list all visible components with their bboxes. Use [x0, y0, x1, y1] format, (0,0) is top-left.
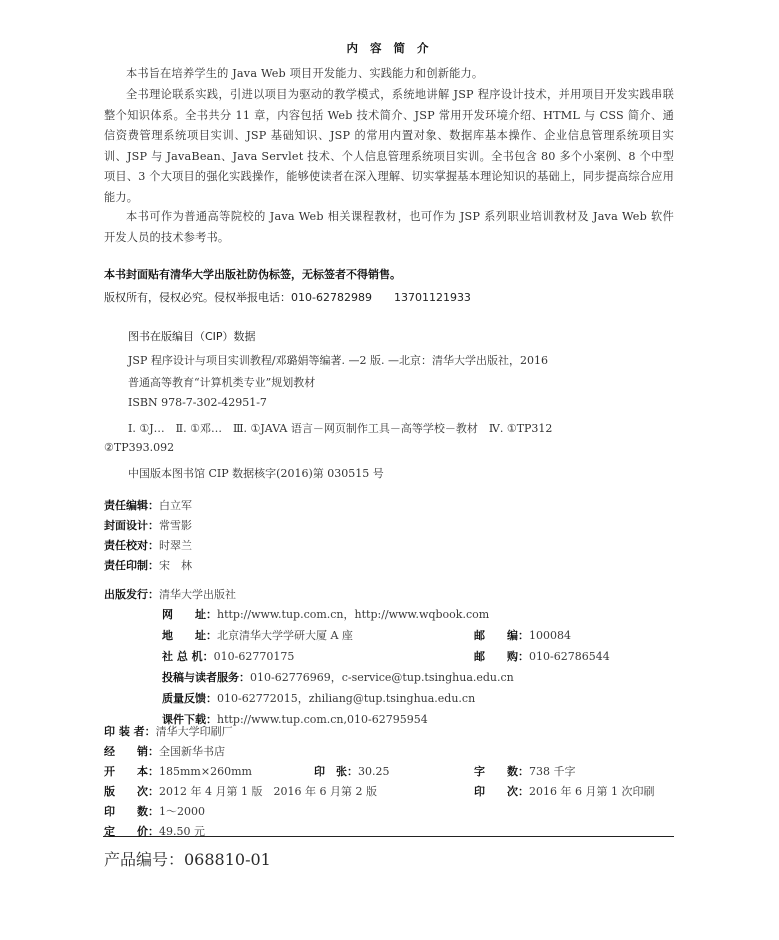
format-label: 开 本： [104, 763, 159, 779]
publisher-label: 出版发行： [104, 586, 159, 602]
impression-row: 印 次：2016 年 6 月第 1 次印刷 [474, 780, 654, 799]
postcode-value: 100084 [529, 629, 571, 642]
cip-title-line: JSP 程序设计与项目实训教程/邓璐娟等编著. —2 版. —北京：清华大学出版… [128, 352, 548, 368]
copyright-page: 内 容 简 介 本书旨在培养学生的 Java Web 项目开发能力、实践能力和创… [0, 0, 779, 940]
words-row: 字 数：738 千字 [474, 760, 576, 779]
print-run-label: 印 数： [104, 803, 159, 819]
staff-editor-label: 责任编辑： [104, 497, 159, 513]
distributor-label: 经 销： [104, 743, 159, 759]
staff-cover-label: 封面设计： [104, 517, 159, 533]
summary-title: 内 容 简 介 [0, 40, 779, 56]
summary-paragraph-2: 全书理论联系实践，引进以项目为驱动的教学模式，系统地讲解 JSP 程序设计技术，… [104, 85, 674, 208]
impression-value: 2016 年 6 月第 1 次印刷 [529, 785, 654, 798]
staff-cover-design: 封面设计：常雪影 [104, 514, 192, 533]
words-label: 字 数： [474, 763, 529, 779]
price-value: 49.50 元 [159, 825, 205, 838]
switchboard-row: 社 总 机：010-62770175 [162, 645, 294, 664]
service-value: 010-62776969，c-service@tup.tsinghua.edu.… [250, 671, 514, 684]
format-value: 185mm×260mm [159, 765, 252, 778]
impression-label: 印 次： [474, 783, 529, 799]
staff-printing: 责任印制：宋 林 [104, 554, 192, 573]
postcode-row: 邮 编：100084 [474, 624, 571, 643]
sheets-value: 30.25 [358, 765, 390, 778]
printer-row: 印 装 者：清华大学印刷厂 [104, 720, 233, 739]
staff-printing-value: 宋 林 [159, 559, 192, 572]
distributor-row: 经 销：全国新华书店 [104, 740, 225, 759]
feedback-row: 质量反馈：010-62772015，zhiliang@tup.tsinghua.… [162, 687, 475, 706]
edition-label: 版 次： [104, 783, 159, 799]
cip-isbn: ISBN 978-7-302-42951-7 [128, 396, 267, 409]
website-value: http://www.tup.com.cn，http://www.wqbook.… [217, 608, 489, 621]
address-row: 地 址：北京清华大学学研大厦 A 座 [162, 624, 353, 643]
sheets-row: 印 张：30.25 [314, 760, 390, 779]
cip-series-line: 普通高等教育“计算机类专业”规划教材 [128, 374, 315, 390]
cip-heading: 图书在版编目（CIP）数据 [128, 328, 256, 344]
printer-label: 印 装 者： [104, 723, 156, 739]
anti-counterfeit-notice: 本书封面贴有清华大学出版社防伪标签，无标签者不得销售。 [104, 266, 401, 282]
edition-row: 版 次：2012 年 4 月第 1 版 2016 年 6 月第 2 版 [104, 780, 377, 799]
words-value: 738 千字 [529, 765, 576, 778]
format-row: 开 本：185mm×260mm [104, 760, 252, 779]
summary-paragraph-1: 本书旨在培养学生的 Java Web 项目开发能力、实践能力和创新能力。 [104, 64, 674, 85]
mail-order-row: 邮 购：010-62786544 [474, 645, 610, 664]
mail-order-value: 010-62786544 [529, 650, 610, 663]
cip-record: 中国版本图书馆 CIP 数据核字(2016)第 030515 号 [128, 465, 384, 481]
download-value: http://www.tup.com.cn,010-62795954 [217, 713, 428, 726]
price-label: 定 价： [104, 823, 159, 839]
product-code: 产品编号：068810-01 [104, 847, 271, 870]
cip-classification-line-2: ②TP393.092 [104, 441, 174, 454]
address-value: 北京清华大学学研大厦 A 座 [217, 629, 353, 642]
mail-order-label: 邮 购： [474, 648, 529, 664]
service-label: 投稿与读者服务： [162, 669, 250, 685]
print-run-value: 1～2000 [159, 805, 205, 818]
printer-value: 清华大学印刷厂 [156, 725, 233, 738]
edition-value: 2012 年 4 月第 1 版 2016 年 6 月第 2 版 [159, 785, 377, 798]
postcode-label: 邮 编： [474, 627, 529, 643]
website-label: 网 址： [162, 606, 217, 622]
switchboard-label: 社 总 机： [162, 648, 214, 664]
print-run-row: 印 数：1～2000 [104, 800, 205, 819]
copyright-notice: 版权所有，侵权必究。侵权举报电话：010-62782989 1370112193… [104, 289, 471, 305]
feedback-label: 质量反馈： [162, 690, 217, 706]
sheets-label: 印 张： [314, 763, 358, 779]
staff-proofreader: 责任校对：时翠兰 [104, 534, 192, 553]
summary-paragraph-3: 本书可作为普通高等院校的 Java Web 相关课程教材，也可作为 JSP 系列… [104, 207, 674, 248]
cip-classification-line-1: Ⅰ. ①J… Ⅱ. ①邓… Ⅲ. ①JAVA 语言－网页制作工具－高等学校－教材… [128, 420, 552, 436]
switchboard-value: 010-62770175 [214, 650, 295, 663]
feedback-value: 010-62772015，zhiliang@tup.tsinghua.edu.c… [217, 692, 475, 705]
address-label: 地 址： [162, 627, 217, 643]
distributor-value: 全国新华书店 [159, 745, 225, 758]
service-row: 投稿与读者服务：010-62776969，c-service@tup.tsing… [162, 666, 514, 685]
price-row: 定 价：49.50 元 [104, 820, 205, 839]
publisher-value: 清华大学出版社 [159, 588, 236, 601]
staff-editor-value: 白立军 [159, 499, 192, 512]
staff-proofreader-label: 责任校对： [104, 537, 159, 553]
staff-editor: 责任编辑：白立军 [104, 494, 192, 513]
publisher-row: 出版发行：清华大学出版社 [104, 583, 236, 602]
staff-proofreader-value: 时翠兰 [159, 539, 192, 552]
website-row: 网 址：http://www.tup.com.cn，http://www.wqb… [162, 603, 489, 622]
staff-printing-label: 责任印制： [104, 557, 159, 573]
staff-cover-value: 常雪影 [159, 519, 192, 532]
